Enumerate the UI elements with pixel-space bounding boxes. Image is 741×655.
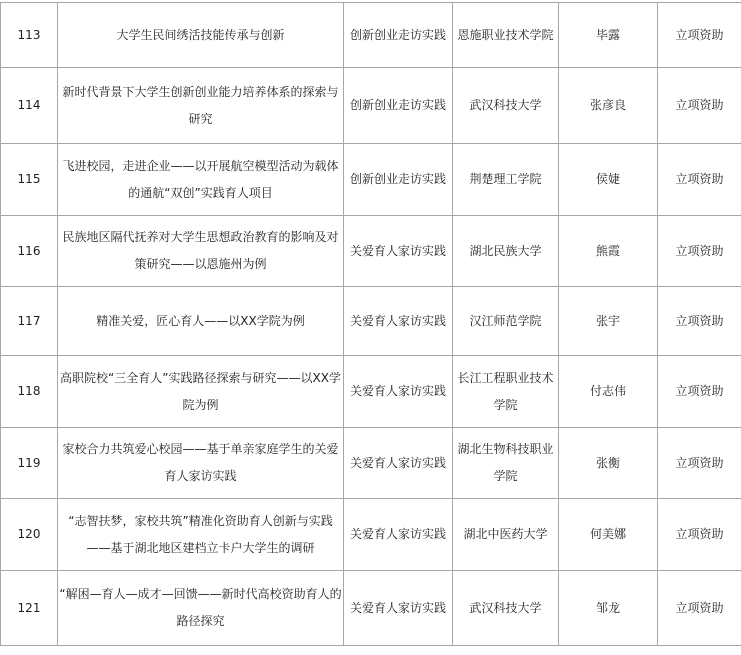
- leader-name-cell: 毕露: [559, 3, 658, 68]
- institution-cell: 武汉科技大学: [453, 571, 559, 646]
- row-number-cell: 115: [1, 144, 58, 216]
- project-title-cell: 高职院校“三全育人”实践路径探索与研究——以XX学院为例: [58, 356, 344, 428]
- project-title-cell: 民族地区隔代抚养对大学生思想政治教育的影响及对策研究——以恩施州为例: [58, 216, 344, 287]
- row-number-cell: 113: [1, 3, 58, 68]
- project-title-cell: 大学生民间绣活技能传承与创新: [58, 3, 344, 68]
- leader-name-cell: 张衡: [559, 428, 658, 499]
- project-title-cell: “解困—育人—成才—回馈——新时代高校资助育人的路径探究: [58, 571, 344, 646]
- row-number-cell: 114: [1, 68, 58, 144]
- project-title-cell: 飞进校园，走进企业——以开展航空模型活动为载体的通航“双创”实践育人项目: [58, 144, 344, 216]
- funding-status-cell: 立项资助: [658, 216, 741, 287]
- practice-category-cell: 创新创业走访实践: [344, 144, 453, 216]
- practice-category-cell: 关爱育人家访实践: [344, 356, 453, 428]
- practice-category-cell: 关爱育人家访实践: [344, 428, 453, 499]
- row-number-cell: 117: [1, 287, 58, 356]
- practice-category-cell: 创新创业走访实践: [344, 68, 453, 144]
- institution-cell: 湖北中医药大学: [453, 499, 559, 571]
- project-title-cell: 精准关爱，匠心育人——以XX学院为例: [58, 287, 344, 356]
- institution-cell: 湖北生物科技职业学院: [453, 428, 559, 499]
- institution-cell: 汉江师范学院: [453, 287, 559, 356]
- institution-cell: 恩施职业技术学院: [453, 3, 559, 68]
- table-row: 119 家校合力共筑爱心校园——基于单亲家庭学生的关爱育人家访实践 关爱育人家访…: [1, 428, 741, 499]
- project-title-cell: 新时代背景下大学生创新创业能力培养体系的探索与研究: [58, 68, 344, 144]
- table-row: 117 精准关爱，匠心育人——以XX学院为例 关爱育人家访实践 汉江师范学院 张…: [1, 287, 741, 356]
- funding-status-cell: 立项资助: [658, 356, 741, 428]
- table-row: 121 “解困—育人—成才—回馈——新时代高校资助育人的路径探究 关爱育人家访实…: [1, 571, 741, 646]
- institution-cell: 荆楚理工学院: [453, 144, 559, 216]
- table-row: 113 大学生民间绣活技能传承与创新 创新创业走访实践 恩施职业技术学院 毕露 …: [1, 3, 741, 68]
- table-row: 115 飞进校园，走进企业——以开展航空模型活动为载体的通航“双创”实践育人项目…: [1, 144, 741, 216]
- leader-name-cell: 何美娜: [559, 499, 658, 571]
- practice-category-cell: 关爱育人家访实践: [344, 216, 453, 287]
- row-number-cell: 120: [1, 499, 58, 571]
- project-title-cell: “志智扶梦，家校共筑”精准化资助育人创新与实践——基于湖北地区建档立卡户大学生的…: [58, 499, 344, 571]
- institution-cell: 长江工程职业技术学院: [453, 356, 559, 428]
- row-number-cell: 121: [1, 571, 58, 646]
- funded-projects-table: 113 大学生民间绣活技能传承与创新 创新创业走访实践 恩施职业技术学院 毕露 …: [0, 2, 741, 646]
- funding-status-cell: 立项资助: [658, 499, 741, 571]
- project-title-cell: 家校合力共筑爱心校园——基于单亲家庭学生的关爱育人家访实践: [58, 428, 344, 499]
- table-body: 113 大学生民间绣活技能传承与创新 创新创业走访实践 恩施职业技术学院 毕露 …: [1, 3, 741, 646]
- practice-category-cell: 关爱育人家访实践: [344, 499, 453, 571]
- institution-cell: 武汉科技大学: [453, 68, 559, 144]
- funding-status-cell: 立项资助: [658, 68, 741, 144]
- leader-name-cell: 付志伟: [559, 356, 658, 428]
- practice-category-cell: 关爱育人家访实践: [344, 287, 453, 356]
- leader-name-cell: 张宇: [559, 287, 658, 356]
- funding-status-cell: 立项资助: [658, 428, 741, 499]
- funding-status-cell: 立项资助: [658, 144, 741, 216]
- table-row: 120 “志智扶梦，家校共筑”精准化资助育人创新与实践——基于湖北地区建档立卡户…: [1, 499, 741, 571]
- funding-status-cell: 立项资助: [658, 287, 741, 356]
- practice-category-cell: 创新创业走访实践: [344, 3, 453, 68]
- leader-name-cell: 侯婕: [559, 144, 658, 216]
- leader-name-cell: 张彦良: [559, 68, 658, 144]
- row-number-cell: 116: [1, 216, 58, 287]
- leader-name-cell: 邹龙: [559, 571, 658, 646]
- row-number-cell: 118: [1, 356, 58, 428]
- funding-status-cell: 立项资助: [658, 3, 741, 68]
- funding-status-cell: 立项资助: [658, 571, 741, 646]
- institution-cell: 湖北民族大学: [453, 216, 559, 287]
- leader-name-cell: 熊霞: [559, 216, 658, 287]
- table-row: 116 民族地区隔代抚养对大学生思想政治教育的影响及对策研究——以恩施州为例 关…: [1, 216, 741, 287]
- practice-category-cell: 关爱育人家访实践: [344, 571, 453, 646]
- table-row: 114 新时代背景下大学生创新创业能力培养体系的探索与研究 创新创业走访实践 武…: [1, 68, 741, 144]
- table-row: 118 高职院校“三全育人”实践路径探索与研究——以XX学院为例 关爱育人家访实…: [1, 356, 741, 428]
- row-number-cell: 119: [1, 428, 58, 499]
- projects-table-page: 113 大学生民间绣活技能传承与创新 创新创业走访实践 恩施职业技术学院 毕露 …: [0, 0, 741, 655]
